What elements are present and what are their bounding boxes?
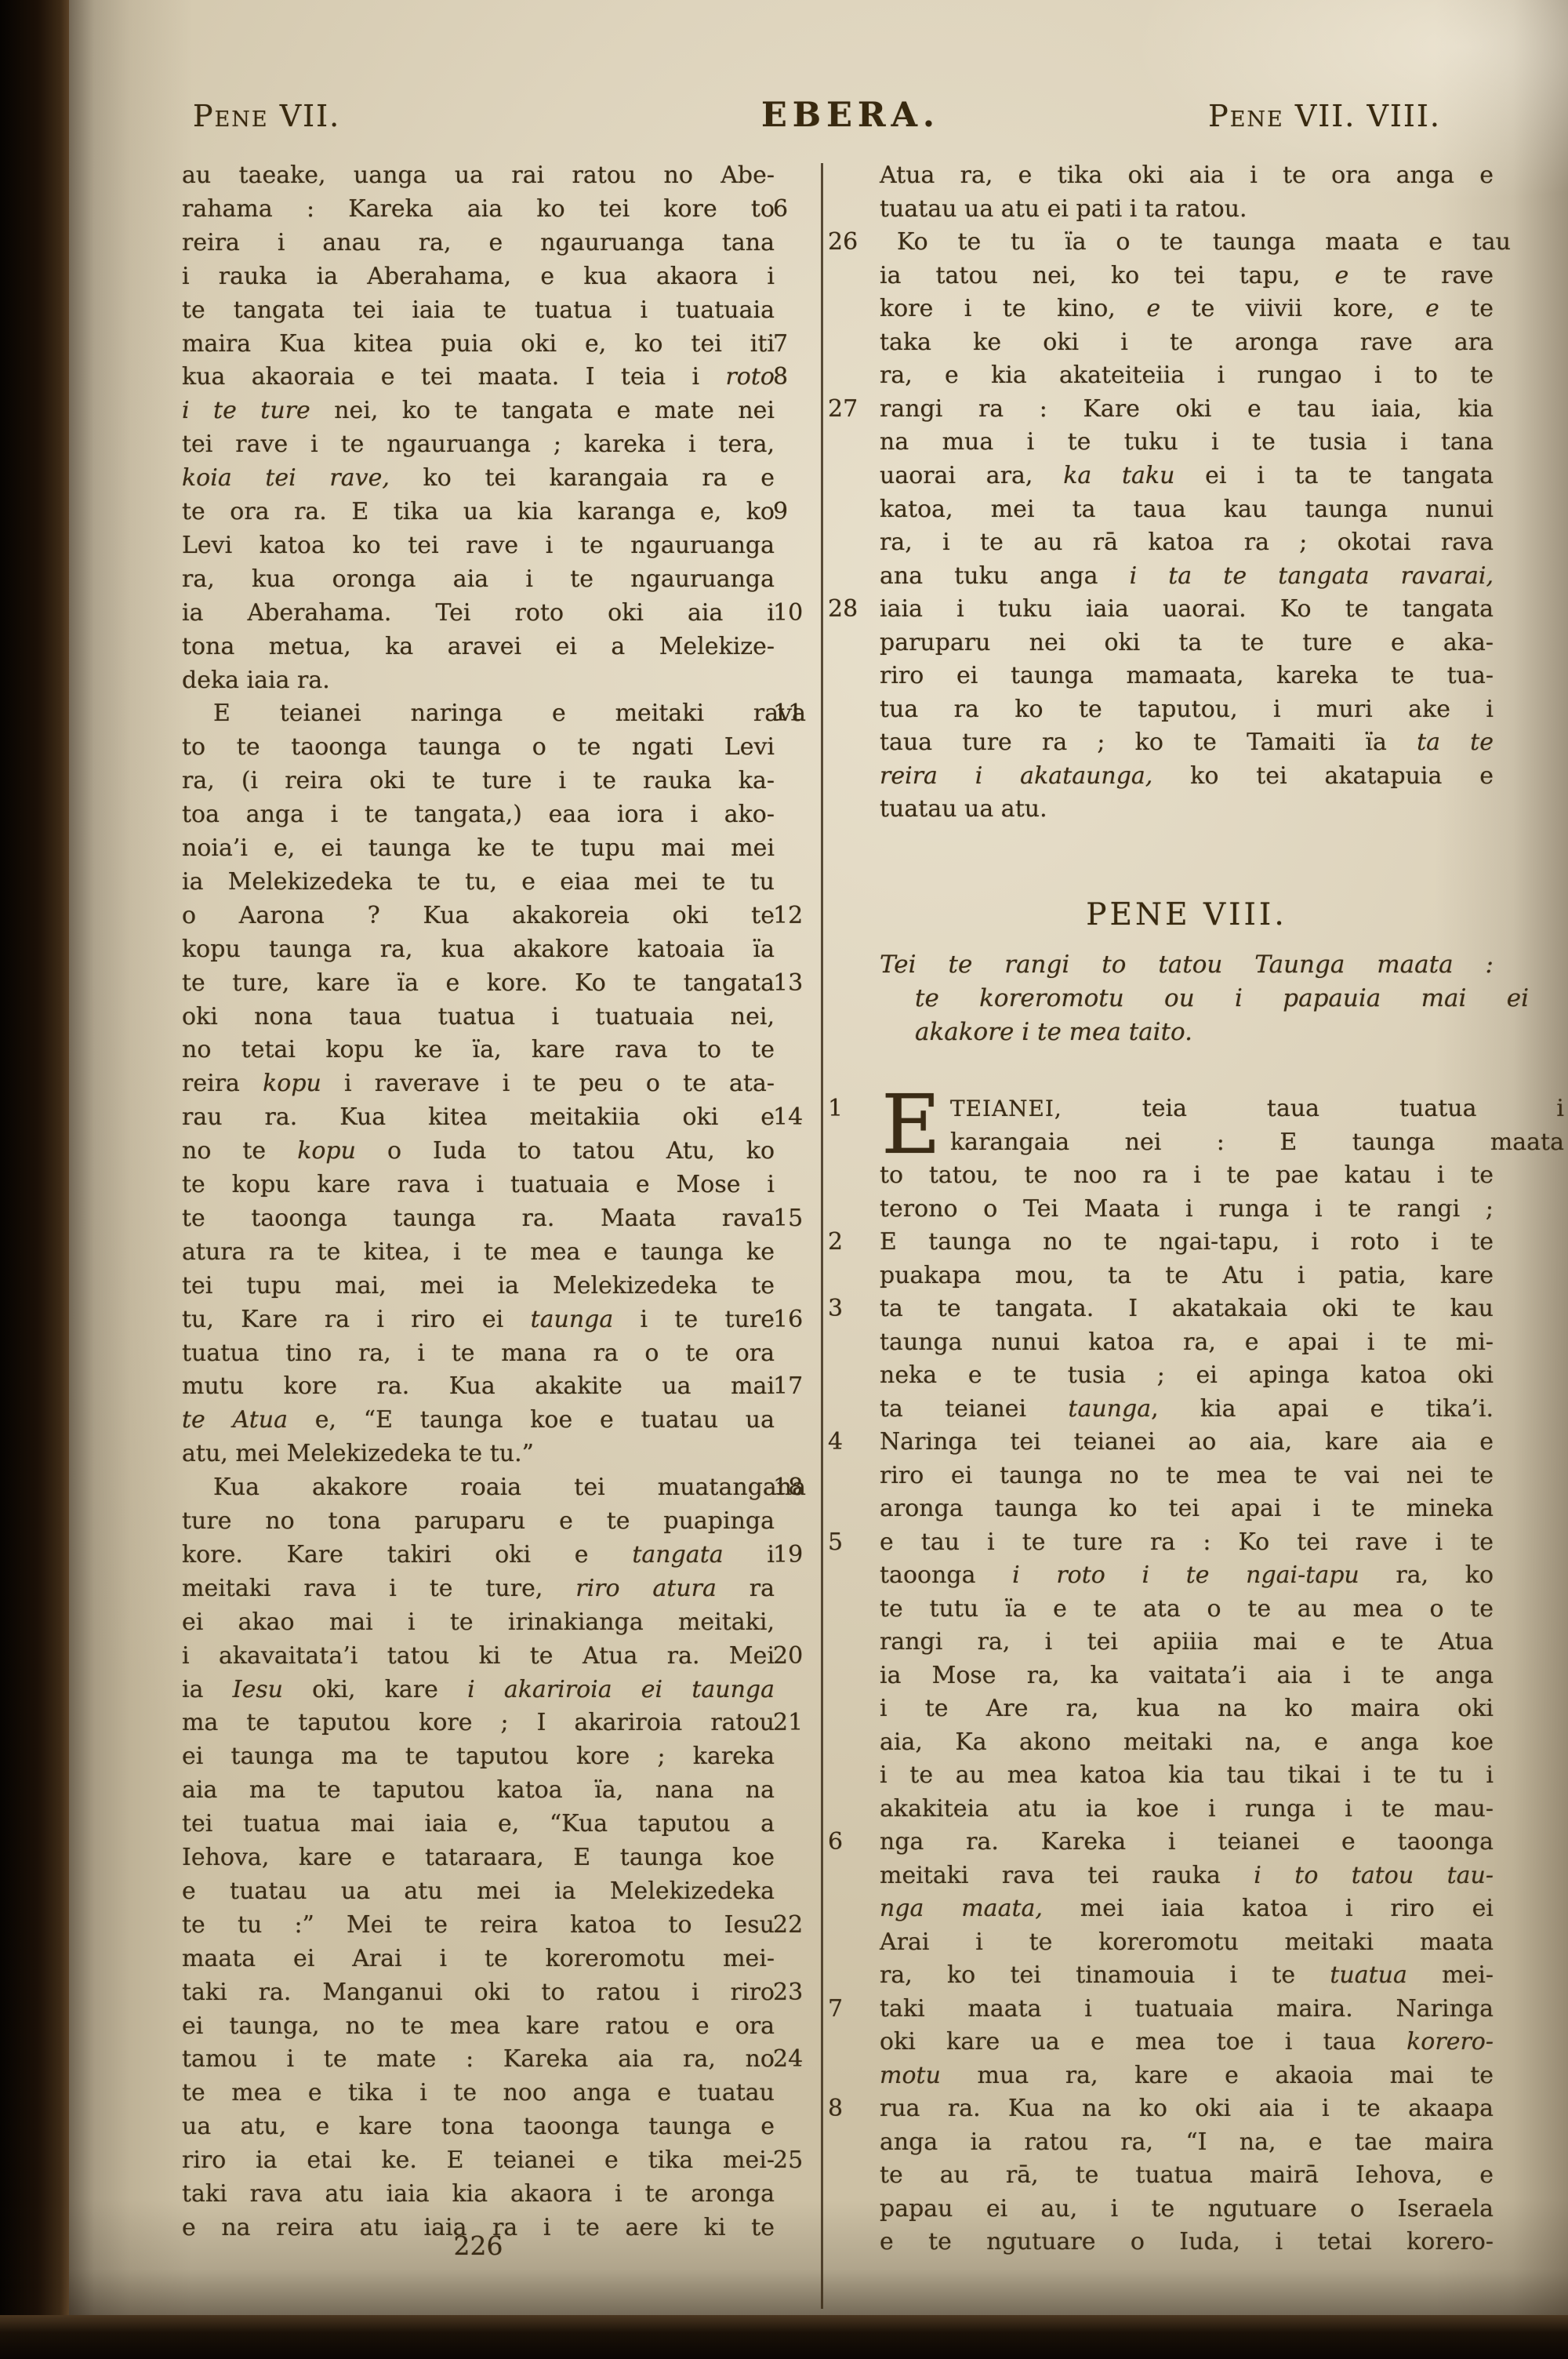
verse-number: 23 (773, 1977, 815, 2008)
text-segment: akakiteia atu ia koe i runga i te mau- (880, 1795, 1494, 1823)
verse-number: 7 (828, 1994, 870, 2025)
text-segment: ko tei akatapuia e (1152, 762, 1494, 790)
text-segment: tuatua tino ra, i te mana ra o te ora (182, 1339, 775, 1367)
running-head-left: Pene VII. (193, 99, 340, 133)
text-line: puakapa mou, ta te Atu i patia, kare (880, 1260, 1494, 1294)
text-segment: i te au mea katoa kia tau tikai i te tu … (880, 1761, 1494, 1789)
text-segment: te (1439, 295, 1494, 322)
text-line: i te ture nei, ko te tangata e mate nei (182, 395, 775, 429)
text-line: rangi ra : Kare oki e tau iaia, kia27 (880, 394, 1494, 427)
text-segment: te tu :” Mei te reira katoa to Iesu (182, 1911, 775, 1939)
text-line: rangi ra, i tei apiiia mai e te Atua (880, 1627, 1494, 1660)
text-line: ei taunga, no te mea kare ratou e ora (182, 2011, 775, 2045)
italic-text: e (1335, 262, 1349, 289)
text-segment: te au rā, te tuatua mairā Iehova, e (880, 2161, 1494, 2189)
text-line: tei tupu mai, mei ia Melekizedeka te (182, 1270, 775, 1304)
text-line: tuatau ua atu. (880, 794, 1494, 827)
text-line: aia, Ka akono meitaki na, e anga koe (880, 1727, 1494, 1761)
text-segment: rangi ra : Kare oki e tau iaia, kia (880, 395, 1494, 423)
text-segment: taua ture ra ; ko te Tamaiti ïa (880, 729, 1417, 756)
text-line: o Aarona ? Kua akakoreia oki te12 (182, 900, 775, 934)
italic-text: motu (880, 2062, 941, 2089)
text-segment: reira i anau ra, e ngauruanga tana (182, 229, 775, 256)
text-segment: taki maata i tuatuaia maira. Naringa (880, 1995, 1494, 2023)
text-segment: rau ra. Kua kitea meitakiia oki e (182, 1103, 775, 1131)
text-segment: kore. Kare takiri oki e (182, 1541, 632, 1568)
text-segment: rangi ra, i tei apiiia mai e te Atua (880, 1628, 1494, 1656)
italic-text: i te ture (182, 397, 310, 424)
text-line: anga ia ratou ra, “I na, e tae maira (880, 2127, 1494, 2161)
verse-number: 8 (773, 362, 815, 393)
text-segment: kore i te kino, (880, 295, 1146, 322)
text-line: te ture, kare ïa e kore. Ko te tangata13 (182, 968, 775, 1001)
verse-number: 8 (828, 2093, 870, 2125)
text-segment: riro ia etai ke. E teianei e tika mei- (182, 2146, 775, 2174)
text-segment: to tatou, te noo ra i te pae katau i te (880, 1161, 1494, 1189)
verse-number: 14 (773, 1102, 815, 1133)
text-line: ei taunga ma te taputou kore ; kareka (182, 1741, 775, 1775)
text-segment: aia ma te taputou katoa ïa, nana na (182, 1776, 775, 1804)
verse-number: 11 (773, 698, 815, 729)
text-line: e tuatau ua atu mei ia Melekizedeka (182, 1876, 775, 1910)
text-line: te mea e tika i te noo anga e tuatau (182, 2077, 775, 2111)
text-segment: taoonga (880, 1561, 1012, 1589)
text-line: TEIANEI, teia taua tuatua i1 (880, 1093, 1564, 1127)
text-line: taki rava atu iaia kia akaora i te arong… (182, 2179, 775, 2212)
text-segment: riro ei taunga mamaata, kareka te tua- (880, 662, 1494, 689)
text-segment: oki, kare (283, 1676, 467, 1703)
text-segment: te viivii kore, (1160, 295, 1425, 322)
text-line: tu, Kare ra i riro ei taunga i te ture16 (182, 1304, 775, 1338)
text-segment: neka e te tusia ; ei apinga katoa oki (880, 1361, 1494, 1389)
text-line: te ora ra. E tika ua kia karanga e, ko9 (182, 496, 775, 530)
text-line: Tei te rangi to tatou Taunga maata : (880, 949, 1494, 983)
text-line: ra, ko tei tinamouia i te tuatua mei- (880, 1960, 1494, 1994)
text-line: rau ra. Kua kitea meitakiia oki e14 (182, 1102, 775, 1136)
text-segment: ua atu, e kare tona taoonga taunga e (182, 2113, 775, 2140)
italic-text: i akariroia ei taunga (467, 1676, 775, 1703)
verse-number: 24 (773, 2044, 815, 2075)
italic-text: ka taku (1063, 462, 1174, 489)
text-segment: ei taunga, no te mea kare ratou e ora (182, 2012, 775, 2040)
text-segment: na mua i te tuku i te tusia i tana (880, 428, 1494, 456)
text-segment: ei i ta te tangata (1174, 462, 1494, 489)
text-segment: deka iaia ra. (182, 667, 330, 694)
text-line: to te taoonga taunga o te ngati Levi (182, 732, 775, 765)
text-segment: ei akao mai i te irinakianga meitaki, (182, 1608, 775, 1636)
verse-number: 27 (828, 394, 870, 425)
text-segment: te taoonga taunga ra. Maata rava (182, 1205, 775, 1232)
text-line: i akavaitata’i tatou ki te Atua ra. Mei2… (182, 1641, 775, 1674)
chapter-summary: Tei te rangi to tatou Taunga maata :te k… (880, 949, 1494, 1059)
text-line: au taeake, uanga ua rai ratou no Abe- (182, 160, 775, 194)
text-line: te taoonga taunga ra. Maata rava15 (182, 1203, 775, 1237)
text-segment: ia Aberahama. Tei roto oki aia i (182, 599, 775, 627)
text-line: akakiteia atu ia koe i runga i te mau- (880, 1794, 1494, 1827)
text-line: taka ke oki i te aronga rave ara (880, 327, 1494, 361)
text-line: Levi katoa ko tei rave i te ngauruanga (182, 530, 775, 564)
text-line: maata ei Arai i te koreromotu mei- (182, 1943, 775, 1977)
italic-text: e (1425, 295, 1439, 322)
text-segment: aronga taunga ko tei apai i te mineka (880, 1495, 1494, 1522)
text-segment: puakapa mou, ta te Atu i patia, kare (880, 1262, 1494, 1289)
text-segment: e te ngutuare o Iuda, i tetai korero- (880, 2228, 1494, 2255)
right-column-chapter7-end: Atua ra, e tika oki aia i te ora anga et… (880, 160, 1494, 834)
text-line: kopu taunga ra, kua akakore katoaia ïa (182, 934, 775, 968)
italic-text: Iesu (233, 1676, 283, 1703)
text-line: karangaia nei : E taunga maata (880, 1127, 1564, 1161)
text-segment: Arai i te koreromotu meitaki maata (880, 1928, 1494, 1956)
text-segment: tu, Kare ra i riro ei (182, 1306, 531, 1333)
text-segment: to te taoonga taunga o te ngati Levi (182, 733, 775, 761)
text-segment: ia Mose ra, ka vaitata’i aia i te anga (880, 1662, 1494, 1689)
text-line: paruparu nei oki ta te ture e aka- (880, 627, 1494, 661)
text-line: kua akaoraia e tei maata. I teia i roto8 (182, 362, 775, 395)
verse-number: 6 (828, 1826, 870, 1858)
text-line: te Atua e, “E taunga koe e tuatau ua (182, 1405, 775, 1438)
right-column-chapter8: TEIANEI, teia taua tuatua i1karangaia ne… (880, 1093, 1494, 2270)
text-segment: tei tuatua mai iaia e, “Kua taputou a (182, 1810, 775, 1837)
text-segment: taki rava atu iaia kia akaora i te arong… (182, 2180, 775, 2208)
italic-text: taunga (531, 1306, 614, 1333)
text-segment: kopu taunga ra, kua akakore katoaia ïa (182, 936, 775, 963)
text-line: rua ra. Kua na ko oki aia i te akaapa8 (880, 2093, 1494, 2127)
text-line: ia Aberahama. Tei roto oki aia i10 (182, 598, 775, 631)
text-segment: terono o Tei Maata i runga i te rangi ; (880, 1195, 1494, 1223)
text-line: uaorai ara, ka taku ei i ta te tangata (880, 460, 1494, 494)
text-segment: nei, ko te tangata e mate nei (310, 397, 775, 424)
italic-text: riro atura (575, 1575, 717, 1602)
italic-text: ta te (1417, 729, 1494, 756)
book-photo: { "header": {"left": "Pene VII.", "cente… (0, 0, 1568, 2359)
text-segment: Levi katoa ko tei rave i te ngauruanga (182, 532, 775, 559)
text-segment: Naringa tei teianei ao aia, kare aia e (880, 1428, 1494, 1456)
text-line: no te kopu o Iuda to tatou Atu, ko (182, 1136, 775, 1169)
italic-text: i roto i te ngai-tapu (1012, 1561, 1359, 1589)
text-segment: ko tei karangaia ra e (390, 464, 775, 492)
text-line: akakore i te mea taito. (880, 1016, 1529, 1050)
text-line: na mua i te tuku i te tusia i tana (880, 427, 1494, 460)
text-segment: te kopu kare rava i tuatuaia e Mose i (182, 1171, 775, 1198)
text-segment: Atua ra, e tika oki aia i te ora anga e (880, 162, 1494, 189)
text-line: te au rā, te tuatua mairā Iehova, e (880, 2160, 1494, 2194)
verse-number: 17 (773, 1371, 815, 1402)
text-segment: maira Kua kitea puia oki e, ko tei iti (182, 330, 775, 358)
text-line: nga maata, mei iaia katoa i riro ei (880, 1893, 1494, 1927)
text-line: toa anga i te tangata,) eaa iora i ako- (182, 799, 775, 833)
text-segment: noia’i e, ei taunga ke te tupu mai mei (182, 834, 775, 862)
text-line: E teianei naringa e meitaki rava11 (182, 698, 806, 732)
verse-number: 2 (828, 1227, 870, 1258)
text-segment: karangaia nei : E taunga maata (950, 1129, 1564, 1156)
text-segment: ra, (i reira oki te ture i te rauka ka- (182, 767, 775, 794)
text-line: ra, (i reira oki te ture i te rauka ka- (182, 765, 775, 799)
text-segment: e tuatau ua atu mei ia Melekizedeka (182, 1877, 775, 1905)
text-segment: ei taunga ma te taputou kore ; kareka (182, 1743, 775, 1770)
italic-text: roto (725, 363, 775, 391)
italic-text: korero- (1406, 2028, 1494, 2055)
italic-text: reira i akataunga, (880, 762, 1152, 790)
text-segment: i te ture (613, 1306, 775, 1333)
text-line: mutu kore ra. Kua akakite ua mai17 (182, 1371, 775, 1405)
text-line: oki nona taua tuatua i tuatuaia nei, (182, 1001, 775, 1035)
running-head-title: EBERA. (690, 96, 1011, 135)
text-segment: atura ra te kitea, i te mea e taunga ke (182, 1238, 775, 1266)
verse-number: 26 (828, 227, 870, 258)
verse-number: 7 (773, 329, 815, 360)
page-bottom-edge (0, 2315, 1568, 2359)
text-segment: ra, ko tei tinamouia i te (880, 1961, 1330, 1989)
text-line: ana tuku anga i ta te tangata ravarai, (880, 561, 1494, 594)
text-line: no tetai kopu ke ïa, kare rava to te (182, 1034, 775, 1068)
text-line: i te au mea katoa kia tau tikai i te tu … (880, 1760, 1494, 1794)
text-line: katoa, mei ta taua kau taunga nunui (880, 494, 1494, 528)
text-segment: te tutu ïa e te ata o te au mea o te (880, 1595, 1494, 1623)
text-line: ma te taputou kore ; I akariroia ratou21 (182, 1707, 775, 1741)
text-segment: ra, e kia akateiteiia i rungao i to te (880, 362, 1494, 389)
text-segment: tuatau ua atu ei pati i ta ratou. (880, 195, 1247, 223)
text-line: ia Mose ra, ka vaitata’i aia i te anga (880, 1660, 1494, 1694)
text-line: meitaki rava i te ture, riro atura ra (182, 1573, 775, 1607)
text-line: riro ei taunga no te mea te vai nei te (880, 1460, 1494, 1494)
text-segment: reira (182, 1070, 263, 1097)
text-line: taoonga i roto i te ngai-tapu ra, ko (880, 1560, 1494, 1594)
italic-text: i ta te tangata ravarai, (1130, 562, 1494, 590)
text-segment: paruparu nei oki ta te ture e aka- (880, 629, 1494, 656)
italic-text: tuatua (1330, 1961, 1407, 1989)
text-segment: tuatau ua atu. (880, 795, 1047, 823)
text-line: taki maata i tuatuaia maira. Naringa7 (880, 1994, 1494, 2027)
verse-number: 5 (828, 1527, 870, 1558)
text-line: atu, mei Melekizedeka te tu.” (182, 1438, 775, 1472)
text-segment: Ko te tu ïa o te taunga maata e tau (897, 228, 1511, 256)
text-line: te koreromotu ou i papauia mai ei (880, 983, 1529, 1016)
text-segment: mua ra, kare e akaoia mai te (941, 2062, 1494, 2089)
text-line: Ko te tu ïa o te taunga maata e tau26 (880, 227, 1511, 260)
text-line: i te Are ra, kua na ko maira oki (880, 1693, 1494, 1727)
text-line: taki ra. Manganui oki to ratou i riro23 (182, 1977, 775, 2011)
text-segment: ana tuku anga (880, 562, 1130, 590)
text-line: reira kopu i raverave i te peu o te ata- (182, 1068, 775, 1102)
text-line: reira i akataunga, ko tei akatapuia e (880, 761, 1494, 794)
text-segment: meitaki rava i te ture, (182, 1575, 575, 1602)
text-line: motu mua ra, kare e akaoia mai te (880, 2060, 1494, 2094)
text-segment: e tau i te ture ra : Ko tei rave i te (880, 1528, 1494, 1556)
italic-text: e (1146, 295, 1160, 322)
text-segment: mei- (1407, 1961, 1494, 1989)
text-segment: aia, Ka akono meitaki na, e anga koe (880, 1728, 1494, 1756)
text-segment: rua ra. Kua na ko oki aia i te akaapa (880, 2095, 1494, 2122)
text-segment: maata ei Arai i te koreromotu mei- (182, 1945, 775, 1972)
text-line: aronga taunga ko tei apai i te mineka (880, 1493, 1494, 1527)
text-segment: toa anga i te tangata,) eaa iora i ako- (182, 801, 775, 828)
text-segment: iaia i tuku iaia uaorai. Ko te tangata (880, 595, 1494, 623)
text-line: i rauka ia Aberahama, e kua akaora i (182, 261, 775, 295)
verse-number: 16 (773, 1304, 815, 1336)
running-head-right: Pene VII. VIII. (1123, 99, 1441, 133)
text-line: ra, i te au rā katoa ra ; okotai rava (880, 527, 1494, 561)
text-line: terono o Tei Maata i runga i te rangi ; (880, 1194, 1494, 1227)
text-line: te kopu kare rava i tuatuaia e Mose i (182, 1169, 775, 1203)
text-segment: E teianei naringa e meitaki rava (213, 700, 806, 727)
text-segment: i rauka ia Aberahama, e kua akaora i (182, 263, 775, 290)
text-segment: atu, mei Melekizedeka te tu.” (182, 1440, 534, 1467)
italic-text: te koreromotu ou i papauia mai ei (915, 984, 1529, 1012)
text-segment: ia (182, 1676, 233, 1703)
text-segment: te ora ra. E tika ua kia karanga e, ko (182, 498, 775, 525)
text-segment: oki nona taua tuatua i tuatuaia nei, (182, 1003, 775, 1030)
text-line: ia tatou nei, ko tei tapu, e te rave (880, 260, 1494, 294)
verse-number: 13 (773, 968, 815, 999)
text-segment: nga ra. Kareka i teianei e taoonga (880, 1828, 1494, 1856)
text-line: tua ra ko te taputou, i muri ake i (880, 694, 1494, 728)
text-line: reira i anau ra, e ngauruanga tana (182, 227, 775, 261)
italic-text: akakore i te mea taito. (915, 1018, 1192, 1046)
text-line: to tatou, te noo ra i te pae katau i te (880, 1160, 1494, 1194)
text-line: tuatua tino ra, i te mana ra o te ora (182, 1338, 775, 1372)
text-segment: mutu kore ra. Kua akakite ua mai (182, 1372, 775, 1400)
text-line: kore. Kare takiri oki e tangata i19 (182, 1539, 775, 1573)
text-segment: i te Are ra, kua na ko maira oki (880, 1695, 1494, 1722)
text-segment: Kua akakore roaia tei muatangana (213, 1474, 806, 1501)
text-segment: i akavaitata’i tatou ki te Atua ra. Mei (182, 1642, 775, 1670)
text-segment: oki kare ua e mea toe i taua (880, 2028, 1406, 2055)
text-line: Naringa tei teianei ao aia, kare aia e4 (880, 1427, 1494, 1460)
text-segment: meitaki rava tei rauka (880, 1862, 1254, 1889)
text-segment: no te (182, 1137, 297, 1165)
verse-number: 15 (773, 1203, 815, 1234)
text-line: iaia i tuku iaia uaorai. Ko te tangata28 (880, 594, 1494, 627)
text-segment: , kia apai e tika’i. (1151, 1395, 1494, 1423)
text-line: te tangata tei iaia te tuatua i tuatuaia (182, 295, 775, 329)
italic-text: kopu (297, 1137, 356, 1165)
text-segment: te rave (1348, 262, 1494, 289)
italic-text: kopu (263, 1070, 321, 1097)
text-segment: tamou i te mate : Kareka aia ra, no (182, 2045, 775, 2073)
text-line: noia’i e, ei taunga ke te tupu mai mei (182, 833, 775, 867)
text-line: oki kare ua e mea toe i taua korero- (880, 2026, 1494, 2060)
text-line: rahama : Kareka aia ko tei kore to6 (182, 194, 775, 227)
text-segment: anga ia ratou ra, “I na, e tae maira (880, 2128, 1494, 2156)
text-segment: taunga nunui katoa ra, e apai i te mi- (880, 1329, 1494, 1356)
page-number: 226 (182, 2230, 775, 2261)
text-line: papau ei au, i te ngutuare o Iseraela (880, 2194, 1494, 2227)
text-segment: teia taua tuatua i (1062, 1095, 1564, 1122)
text-line: meitaki rava tei rauka i to tatou tau- (880, 1860, 1494, 1894)
text-segment: Iehova, kare e tataraara, E taunga koe (182, 1844, 775, 1871)
text-line: e te ngutuare o Iuda, i tetai korero- (880, 2226, 1494, 2260)
text-line: tei rave i te ngauruanga ; kareka i tera… (182, 429, 775, 463)
verse-number: 18 (773, 1472, 815, 1503)
italic-text: Tei te rangi to tatou Taunga maata : (880, 951, 1494, 979)
text-segment: ra, i te au rā katoa ra ; okotai rava (880, 529, 1494, 556)
text-segment: ia Melekizedeka te tu, e eiaa mei te tu (182, 868, 775, 896)
text-segment: te mea e tika i te noo anga e tuatau (182, 2079, 775, 2106)
text-line: ta te tangata. I akatakaia oki te kau3 (880, 1293, 1494, 1327)
verse-number: 25 (773, 2145, 815, 2176)
text-line: ei akao mai i te irinakianga meitaki, (182, 1607, 775, 1641)
column-divider-rule (821, 163, 823, 2309)
italic-text: tangata (632, 1541, 723, 1568)
text-segment: no tetai kopu ke ïa, kare rava to te (182, 1036, 775, 1063)
text-line: ra, e kia akateiteiia i rungao i to te (880, 360, 1494, 394)
italic-text: i to tatou tau- (1254, 1862, 1494, 1889)
text-segment: tona metua, ka aravei ei a Melekize- (182, 633, 775, 660)
text-segment: kua akaoraia e tei maata. I teia i (182, 363, 725, 391)
text-segment: riro ei taunga no te mea te vai nei te (880, 1462, 1494, 1489)
text-segment: e, “E taunga koe e tuatau ua (288, 1406, 775, 1434)
text-line: ia Iesu oki, kare i akariroia ei taunga (182, 1674, 775, 1708)
book-spine-shadow (0, 0, 69, 2359)
text-segment: ture no tona paruparu e te puapinga (182, 1507, 775, 1535)
text-segment: uaorai ara, (880, 462, 1063, 489)
text-line: tei tuatua mai iaia e, “Kua taputou a (182, 1808, 775, 1842)
text-line: taunga nunui katoa ra, e apai i te mi- (880, 1327, 1494, 1361)
text-line: E taunga no te ngai-tapu, i roto i te2 (880, 1227, 1494, 1260)
verse-number: 9 (773, 496, 815, 528)
text-line: aia ma te taputou katoa ïa, nana na (182, 1775, 775, 1808)
text-segment: taka ke oki i te aronga rave ara (880, 329, 1494, 356)
text-line: koia tei rave, ko tei karangaia ra e (182, 463, 775, 496)
verse-number: 22 (773, 1910, 815, 1941)
text-segment: taki ra. Manganui oki to ratou i riro (182, 1979, 775, 2006)
text-segment: o Iuda to tatou Atu, ko (356, 1137, 775, 1165)
text-segment: o Aarona ? Kua akakoreia oki te (182, 902, 775, 929)
text-line: ta teianei taunga, kia apai e tika’i. (880, 1394, 1494, 1427)
text-segment: papau ei au, i te ngutuare o Iseraela (880, 2195, 1494, 2223)
text-line: atura ra te kitea, i te mea e taunga ke (182, 1237, 775, 1270)
text-segment: ia tatou nei, ko tei tapu, (880, 262, 1335, 289)
verse-number: 6 (773, 194, 815, 225)
text-segment: E taunga no te ngai-tapu, i roto i te (880, 1228, 1494, 1256)
text-segment: i raverave i te peu o te ata- (321, 1070, 775, 1097)
text-line: te tu :” Mei te reira katoa to Iesu22 (182, 1910, 775, 1943)
text-line: riro ei taunga mamaata, kareka te tua- (880, 660, 1494, 694)
text-line: riro ia etai ke. E teianei e tika mei-25 (182, 2145, 775, 2179)
verse-number: 19 (773, 1539, 815, 1571)
text-segment: tei rave i te ngauruanga ; kareka i tera… (182, 431, 775, 458)
verse-number: 10 (773, 598, 815, 629)
verse-number: 3 (828, 1293, 870, 1325)
text-line: Kua akakore roaia tei muatangana18 (182, 1472, 806, 1506)
chapter-heading: PENE VIII. (880, 897, 1494, 932)
text-segment: au taeake, uanga ua rai ratou no Abe- (182, 162, 775, 189)
text-line: ture no tona paruparu e te puapinga (182, 1506, 775, 1539)
text-line: Iehova, kare e tataraara, E taunga koe (182, 1842, 775, 1876)
text-segment: ra, ko (1359, 1561, 1494, 1589)
text-segment: ra, kua oronga aia i te ngauruanga (182, 565, 775, 593)
text-segment: ra (717, 1575, 775, 1602)
verse-number: 20 (773, 1641, 815, 1672)
text-segment: rahama : Kareka aia ko tei kore to (182, 195, 775, 223)
italic-text: taunga (1068, 1395, 1151, 1423)
text-line: ia Melekizedeka te tu, e eiaa mei te tu (182, 867, 775, 900)
left-column: au taeake, uanga ua rai ratou no Abe-rah… (182, 160, 775, 2230)
text-line: tona metua, ka aravei ei a Melekize- (182, 631, 775, 665)
verse-number: 4 (828, 1427, 870, 1458)
verse-number: 12 (773, 900, 815, 932)
verse-number: 21 (773, 1707, 815, 1739)
verse-number: 1 (828, 1093, 870, 1125)
text-line: taua ture ra ; ko te Tamaiti ïa ta te (880, 727, 1494, 761)
verse-number: 28 (828, 594, 870, 625)
text-segment: katoa, mei ta taua kau taunga nunui (880, 496, 1494, 523)
text-line: Arai i te koreromotu meitaki maata (880, 1927, 1494, 1961)
text-segment: ma te taputou kore ; I akariroia ratou (182, 1709, 775, 1736)
text-line: ra, kua oronga aia i te ngauruanga (182, 564, 775, 598)
italic-text: koia tei rave, (182, 464, 390, 492)
text-segment: tua ra ko te taputou, i muri ake i (880, 696, 1494, 723)
